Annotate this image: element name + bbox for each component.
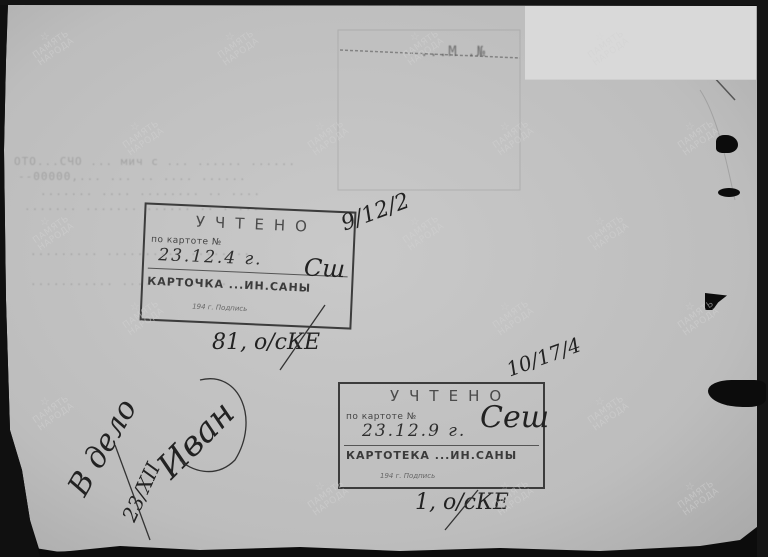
star-icon: ☆ (394, 217, 436, 226)
pen-strokes (0, 0, 768, 557)
star-icon: ☆ (484, 122, 526, 131)
star-icon: ☆ (579, 217, 621, 226)
star-icon: ☆ (24, 32, 66, 41)
star-icon: ☆ (299, 482, 341, 491)
star-icon: ☆ (209, 32, 251, 41)
star-icon: ☆ (114, 302, 156, 311)
star-icon: ☆ (484, 302, 526, 311)
star-icon: ☆ (484, 482, 526, 491)
star-icon: ☆ (669, 122, 711, 131)
star-icon: ☆ (114, 122, 156, 131)
star-icon: ☆ (394, 32, 436, 41)
star-icon: ☆ (579, 32, 621, 41)
star-icon: ☆ (669, 482, 711, 491)
document-scan: ...М .№ ОТО...СЧО ... мич с ... ...... .… (0, 0, 768, 557)
star-icon: ☆ (669, 302, 711, 311)
star-icon: ☆ (24, 397, 66, 406)
star-icon: ☆ (24, 217, 66, 226)
star-icon: ☆ (579, 397, 621, 406)
star-icon: ☆ (299, 122, 341, 131)
